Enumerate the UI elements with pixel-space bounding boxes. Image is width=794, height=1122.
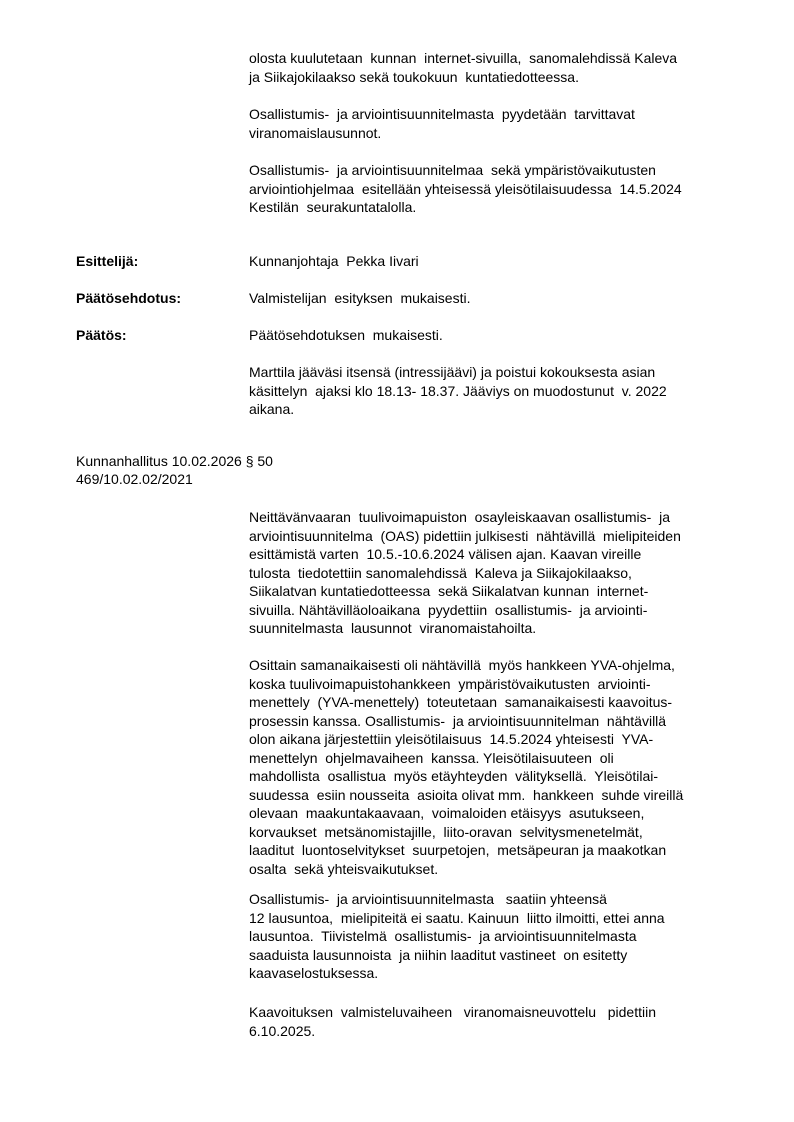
text-line: arviointisuunnitelma (OAS) pidettiin jul…: [249, 527, 749, 546]
text-line: suudessa esiin nousseita asioita olivat …: [249, 786, 749, 805]
text-line: 12 lausuntoa, mielipiteitä ei saatu. Kai…: [249, 909, 749, 928]
text-line: Siikalatvan kuntatiedotteessa sekä Siika…: [249, 582, 749, 601]
text-line: menettely (YVA-menettely) toteutetaan sa…: [249, 693, 749, 712]
text-line: olon aikana järjestettiin yleisötilaisuu…: [249, 730, 749, 749]
document-page: olosta kuulutetaan kunnan internet-sivui…: [0, 0, 794, 1122]
text-line: Osallistumis- ja arviointisuunnitelmaa s…: [249, 161, 749, 180]
text-line: laaditut luontoselvitykset suurpetojen, …: [249, 841, 749, 860]
text-line: viranomaislausunnot.: [249, 124, 749, 143]
text-line: aikana.: [249, 400, 749, 419]
text-line: arviointiohjelmaa esitellään yhteisessä …: [249, 180, 749, 199]
text-line: kaavaselostuksessa.: [249, 964, 749, 983]
section-paragraph: Osittain samanaikaisesti oli nähtävillä …: [249, 656, 749, 878]
text-line: Neittävänvaaran tuulivoimapuiston osayle…: [249, 508, 749, 527]
section-case-number: 469/10.02.02/2021: [76, 470, 193, 489]
text-line: korvaukset metsänomistajille, liito-orav…: [249, 823, 749, 842]
text-line: Osittain samanaikaisesti oli nähtävillä …: [249, 656, 749, 675]
text-line: sivuilla. Nähtävilläoloaikana pyydettiin…: [249, 601, 749, 620]
section-paragraph: Neittävänvaaran tuulivoimapuiston osayle…: [249, 508, 749, 638]
text-line: esittämistä varten 10.5.-10.6.2024 välis…: [249, 545, 749, 564]
text-line: tulosta tiedotettiin sanomalehdissä Kale…: [249, 564, 749, 583]
text-line: menettelyn ohjelmavaiheen kanssa. Yleisö…: [249, 749, 749, 768]
section-body-date: Kunnanhallitus 10.02.2026 § 50: [76, 452, 273, 471]
text-line: lausuntoa. Tiivistelmä osallistumis- ja …: [249, 927, 749, 946]
field-label: Päätösehdotus:: [76, 289, 181, 308]
text-line: Osallistumis- ja arviointisuunnitelmasta…: [249, 890, 749, 909]
text-line: mahdollista osallistua myös etäyhteyden …: [249, 767, 749, 786]
text-line: suunnitelmasta lausunnot viranomaistahoi…: [249, 619, 749, 638]
text-line: saaduista lausunnoista ja niihin laaditu…: [249, 946, 749, 965]
field-value: Päätösehdotuksen mukaisesti.: [249, 326, 443, 345]
field-value: Valmistelijan esityksen mukaisesti.: [249, 289, 470, 308]
decision-note: Marttila jääväsi itsensä (intressijäävi)…: [249, 363, 749, 419]
intro-paragraph: Osallistumis- ja arviointisuunnitelmasta…: [249, 105, 749, 142]
field-label: Esittelijä:: [76, 252, 138, 271]
field-value: Kunnanjohtaja Pekka Iivari: [249, 252, 419, 271]
intro-paragraph: Osallistumis- ja arviointisuunnitelmaa s…: [249, 161, 749, 217]
intro-paragraph: olosta kuulutetaan kunnan internet-sivui…: [249, 49, 749, 86]
text-line: Kestilän seurakuntatalolla.: [249, 198, 749, 217]
text-line: ja Siikajokilaakso sekä toukokuun kuntat…: [249, 68, 749, 87]
text-line: käsittelyn ajaksi klo 18.13- 18.37. Jääv…: [249, 382, 749, 401]
text-line: olevaan maakuntakaavaan, voimaloiden etä…: [249, 804, 749, 823]
text-line: osalta sekä yhteisvaikutukset.: [249, 860, 749, 879]
text-line: koska tuulivoimapuistohankkeen ympäristö…: [249, 675, 749, 694]
field-label: Päätös:: [76, 326, 127, 345]
section-paragraph: Kaavoituksen valmisteluvaiheen viranomai…: [249, 1003, 749, 1040]
text-line: 6.10.2025.: [249, 1022, 749, 1041]
text-line: Osallistumis- ja arviointisuunnitelmasta…: [249, 105, 749, 124]
text-line: prosessin kanssa. Osallistumis- ja arvio…: [249, 712, 749, 731]
text-line: olosta kuulutetaan kunnan internet-sivui…: [249, 49, 749, 68]
text-line: Kaavoituksen valmisteluvaiheen viranomai…: [249, 1003, 749, 1022]
section-paragraph: Osallistumis- ja arviointisuunnitelmasta…: [249, 890, 749, 983]
text-line: Marttila jääväsi itsensä (intressijäävi)…: [249, 363, 749, 382]
